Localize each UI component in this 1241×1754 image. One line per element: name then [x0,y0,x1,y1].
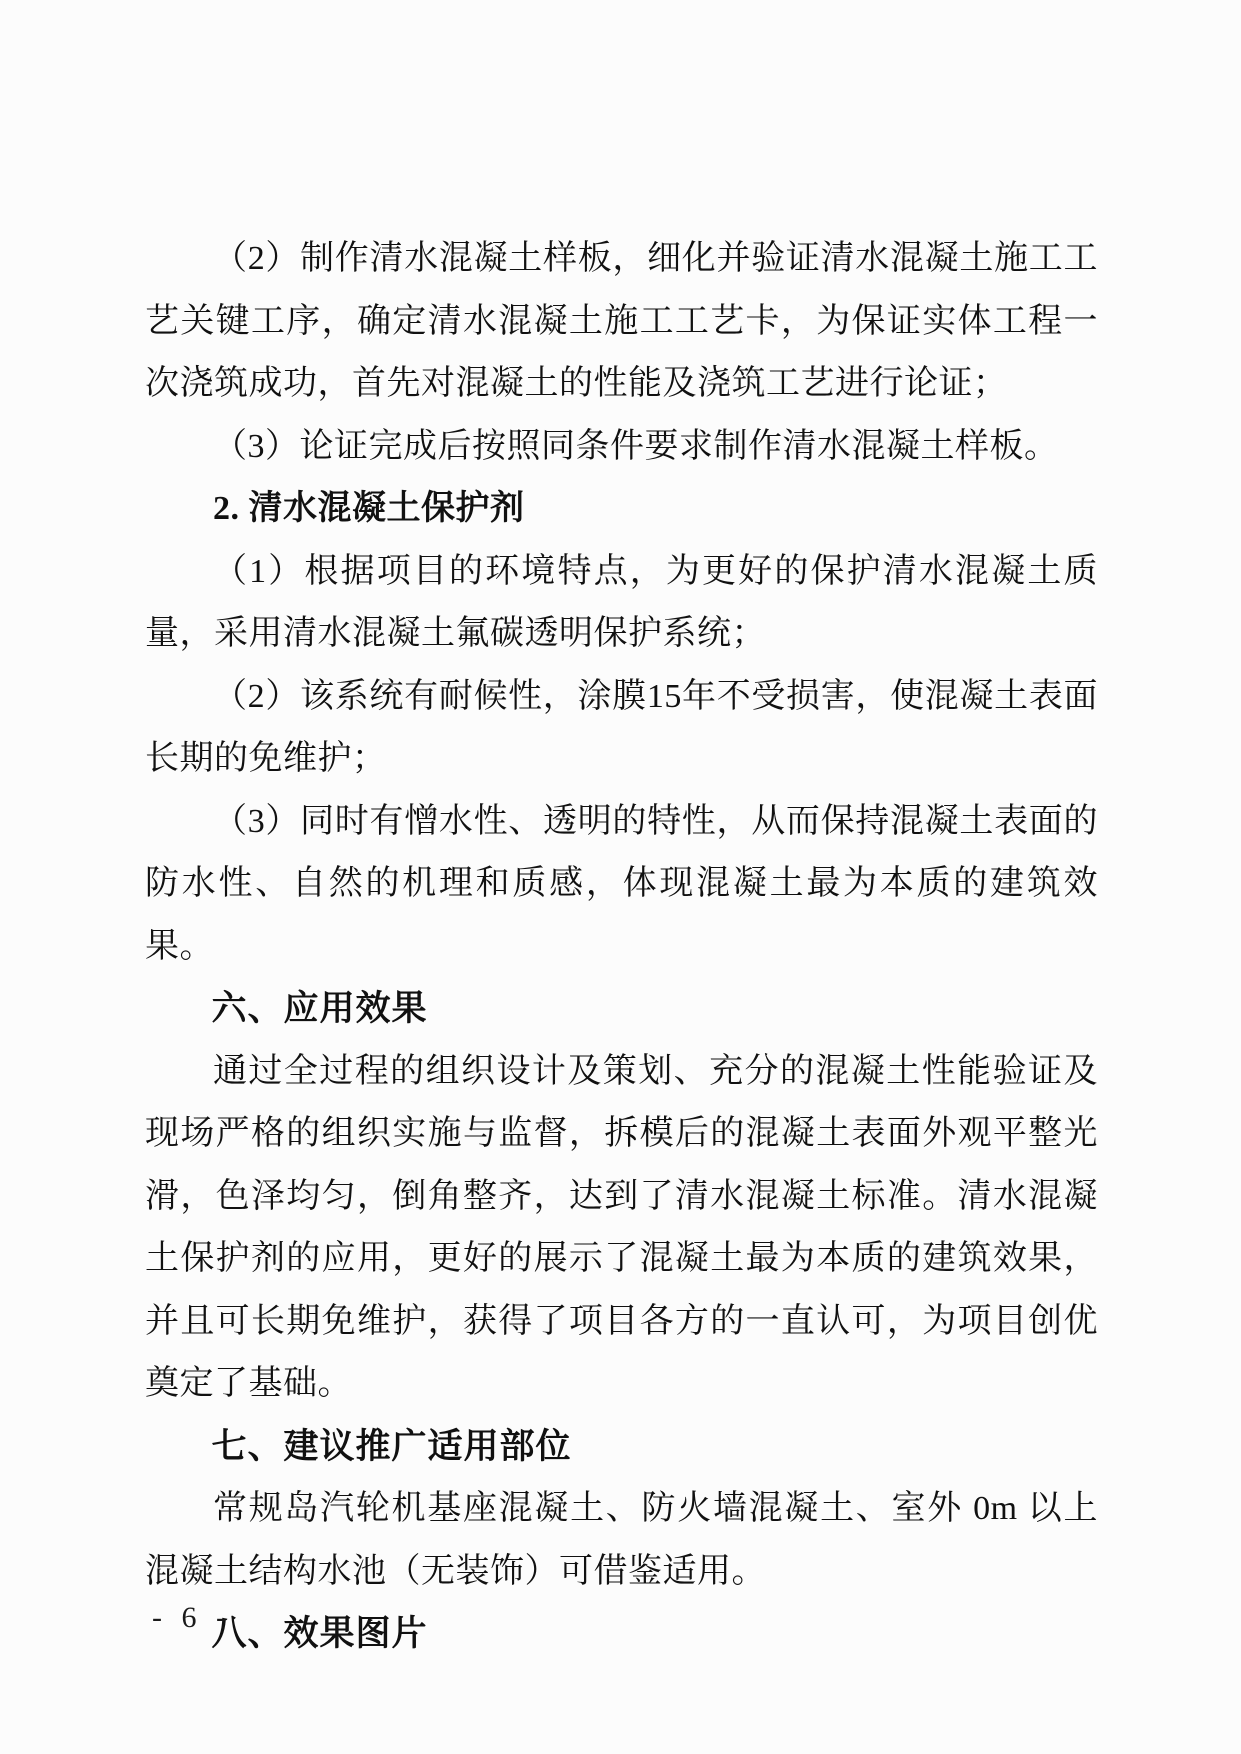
paragraph: 常规岛汽轮机基座混凝土、防火墙混凝土、室外 0m 以上混凝土结构水池（无装饰）可… [145,1478,1098,1603]
paragraph: （2）制作清水混凝土样板，细化并验证清水混凝土施工工艺关键工序，确定清水混凝土施… [145,228,1098,416]
paragraph: （2）该系统有耐候性，涂膜15年不受损害，使混凝土表面长期的免维护； [145,666,1098,791]
paragraph: （3）同时有憎水性、透明的特性，从而保持混凝土表面的防水性、自然的机理和质感，体… [145,791,1098,979]
section-heading: 六、应用效果 [145,978,1098,1041]
document-page: （2）制作清水混凝土样板，细化并验证清水混凝土施工工艺关键工序，确定清水混凝土施… [0,0,1241,1754]
document-body: （2）制作清水混凝土样板，细化并验证清水混凝土施工工艺关键工序，确定清水混凝土施… [145,228,1098,1666]
paragraph: （1）根据项目的环境特点，为更好的保护清水混凝土质量，采用清水混凝土氟碳透明保护… [145,541,1098,666]
section-heading: 八、效果图片 [145,1603,1098,1666]
sub-heading: 2. 清水混凝土保护剂 [145,478,1098,541]
section-heading: 七、建议推广适用部位 [145,1416,1098,1479]
page-number: - 6 - [152,1597,232,1639]
paragraph: 通过全过程的组织设计及策划、充分的混凝土性能验证及现场严格的组织实施与监督，拆模… [145,1041,1098,1416]
paragraph: （3）论证完成后按照同条件要求制作清水混凝土样板。 [145,416,1098,479]
